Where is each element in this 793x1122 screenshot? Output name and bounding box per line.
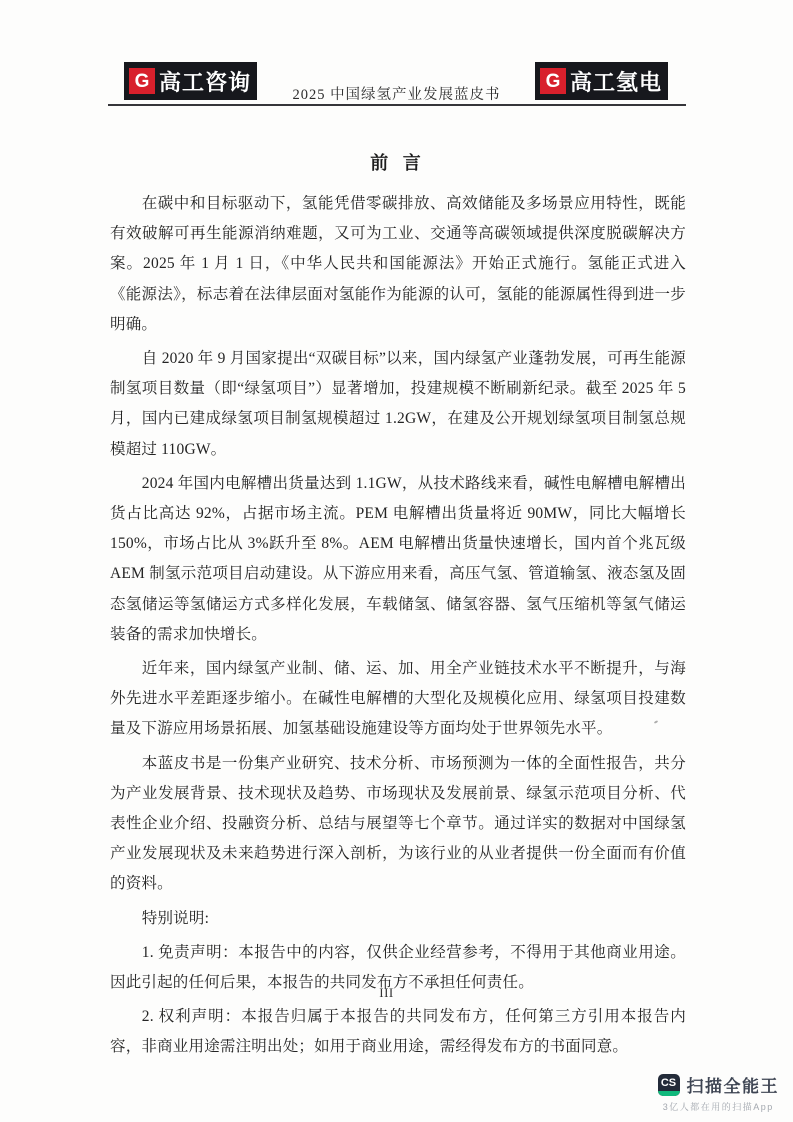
camscanner-watermark: CS 扫描全能王 3亿人都在用的扫描App [658,1072,780,1113]
logo-text: 高工氢电 [570,66,662,97]
page-number: III [0,985,773,1001]
logo-g-icon: G [540,68,566,94]
camscanner-app-name: 扫描全能王 [687,1072,780,1097]
paragraph-report-overview: 本蓝皮书是一份集产业研究、技术分析、市场预测为一体的全面性报告，共分为产业发展背… [110,749,686,900]
paragraph-electrolyzer-shipments: 2024 年国内电解槽出货量达到 1.1GW，从技术路线来看，碱性电解槽电解槽出… [110,469,686,650]
rights-statement-item: 2. 权利声明：本报告归属于本报告的共同发布方，任何第三方引用本报告内容，非商业… [110,1002,686,1062]
paragraph-industry-chain: 近年来，国内绿氢产业制、储、运、加、用全产业链技术水平不断提升，与海外先进水平差… [110,654,686,745]
camscanner-icon-letters: CS [661,1078,676,1089]
paragraph-green-hydrogen-growth: 自 2020 年 9 月国家提出“双碳目标”以来，国内绿氢产业蓬勃发展，可再生能… [110,344,686,465]
scanned-document-page: G 高工咨询 2025 中国绿氢产业发展蓝皮书 G 高工氢电 前 言 在碳中和目… [0,0,793,1122]
camscanner-icon-green-accent [658,1091,680,1096]
header-divider [108,104,686,106]
camscanner-row: CS 扫描全能王 [658,1072,780,1097]
header-document-title: 2025 中国绿氢产业发展蓝皮书 [0,83,793,104]
camscanner-icon: CS [658,1074,680,1096]
camscanner-tagline: 3亿人都在用的扫描App [663,1100,774,1113]
special-note-heading: 特别说明: [110,904,686,934]
gaogong-hydrogen-logo: G 高工氢电 [535,62,668,100]
page-title: 前 言 [110,149,686,175]
paragraph-intro: 在碳中和目标驱动下，氢能凭借零碳排放、高效储能及多场景应用特性，既能有效破解可再… [110,189,686,340]
document-body: 前 言 在碳中和目标驱动下，氢能凭借零碳排放、高效储能及多场景应用特性，既能有效… [110,149,686,1067]
